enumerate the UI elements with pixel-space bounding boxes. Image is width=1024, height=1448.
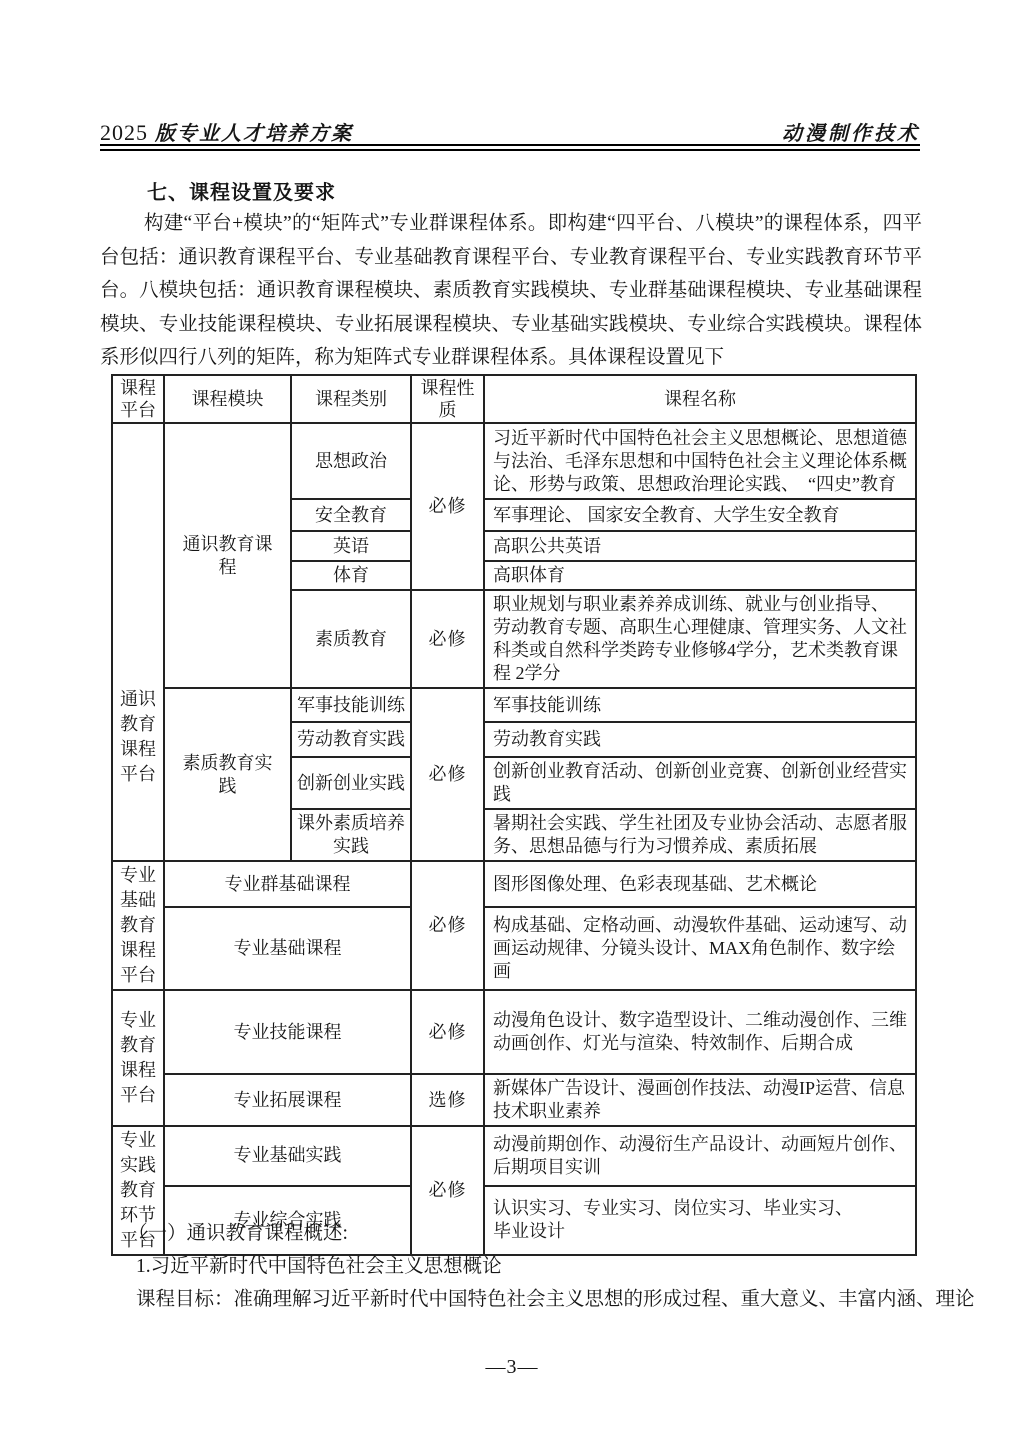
running-header: 2025 版专业人才培养方案 动漫制作技术 <box>100 117 920 146</box>
header-course-name: 课程名称 <box>484 375 916 423</box>
nature-cell: 必修 <box>411 688 484 861</box>
note-line-overview: （一）通识教育课程概述: <box>128 1217 348 1245</box>
nature-cell: 必修 <box>411 990 484 1074</box>
courses-cell: 动漫角色设计、数字造型设计、二维动漫创作、三维动画创作、灯光与渲染、特效制作、后… <box>484 990 916 1074</box>
document-page: 2025 版专业人才培养方案 动漫制作技术 七、课程设置及要求 构建“平台+模块… <box>0 0 1024 1448</box>
courses-cell: 军事理论、 国家安全教育、大学生安全教育 <box>484 499 916 531</box>
module-wide-cell: 专业拓展课程 <box>164 1074 411 1126</box>
category-cell: 素质教育 <box>291 590 411 688</box>
module-wide-cell: 专业基础实践 <box>164 1126 411 1186</box>
module-wide-cell: 专业技能课程 <box>164 990 411 1074</box>
note-line-course-1: 1.习近平新时代中国特色社会主义思想概论 <box>136 1250 502 1278</box>
courses-cell: 动漫前期创作、动漫衍生产品设计、动画短片创作、后期项目实训 <box>484 1126 916 1186</box>
category-cell: 创新创业实践 <box>291 757 411 809</box>
category-cell: 英语 <box>291 531 411 561</box>
table-row: 专业基础教育课程平台 专业群基础课程 必修 图形图像处理、色彩表现基础、艺术概论 <box>112 861 916 907</box>
courses-cell: 图形图像处理、色彩表现基础、艺术概论 <box>484 861 916 907</box>
table-header-row: 课程平台 课程模块 课程类别 课程性质 课程名称 <box>112 375 916 423</box>
courses-table: 课程平台 课程模块 课程类别 课程性质 课程名称 通识教育课程平台 通识教育课程… <box>111 374 917 1256</box>
nature-cell: 必修 <box>411 590 484 688</box>
courses-cell: 军事技能训练 <box>484 688 916 722</box>
intro-paragraph: 构建“平台+模块”的“矩阵式”专业群课程体系。即构建“四平台、八模块”的课程体系… <box>100 207 922 375</box>
category-cell: 劳动教育实践 <box>291 722 411 757</box>
header-category: 课程类别 <box>291 375 411 423</box>
header-double-rule <box>100 144 920 151</box>
nature-cell: 必修 <box>411 1126 484 1255</box>
table-row: 专业基础课程 构成基础、定格动画、动漫软件基础、运动速写、动画运动规律、分镜头设… <box>112 907 916 990</box>
nature-cell: 必修 <box>411 423 484 590</box>
platform-cell: 专业基础教育课程平台 <box>112 861 164 990</box>
nature-cell: 必修 <box>411 861 484 990</box>
module-wide-cell: 专业群基础课程 <box>164 861 411 907</box>
header-module: 课程模块 <box>164 375 291 423</box>
courses-cell: 构成基础、定格动画、动漫软件基础、运动速写、动画运动规律、分镜头设计、MAX角色… <box>484 907 916 990</box>
category-cell: 思想政治 <box>291 423 411 499</box>
header-left-text: 版专业人才培养方案 <box>155 123 353 145</box>
course-table-wrapper: 课程平台 课程模块 课程类别 课程性质 课程名称 通识教育课程平台 通识教育课程… <box>111 374 917 1256</box>
page-number: —3— <box>0 1356 1024 1379</box>
category-cell: 体育 <box>291 561 411 590</box>
nature-cell: 选修 <box>411 1074 484 1126</box>
header-right-title: 动漫制作技术 <box>782 117 920 146</box>
courses-cell: 创新创业教育活动、创新创业竞赛、创新创业经营实践 <box>484 757 916 809</box>
table-row: 素质教育实践 军事技能训练 必修 军事技能训练 <box>112 688 916 722</box>
table-row: 专业教育课程平台 专业技能课程 必修 动漫角色设计、数字造型设计、二维动漫创作、… <box>112 990 916 1074</box>
module-wide-cell: 专业基础课程 <box>164 907 411 990</box>
header-platform: 课程平台 <box>112 375 164 423</box>
category-cell: 安全教育 <box>291 499 411 531</box>
category-cell: 军事技能训练 <box>291 688 411 722</box>
courses-cell: 高职公共英语 <box>484 531 916 561</box>
courses-cell: 职业规划与职业素养养成训练、就业与创业指导、 劳动教育专题、高职生心理健康、管理… <box>484 590 916 688</box>
platform-cell: 专业教育课程平台 <box>112 990 164 1126</box>
courses-cell: 高职体育 <box>484 561 916 590</box>
courses-cell: 习近平新时代中国特色社会主义思想概论、思想道德与法治、毛泽东思想和中国特色社会主… <box>484 423 916 499</box>
module-cell: 通识教育课程 <box>164 423 291 688</box>
platform-cell: 通识教育课程平台 <box>112 423 164 861</box>
courses-cell: 暑期社会实践、学生社团及专业协会活动、志愿者服务、思想品德与行为习惯养成、素质拓… <box>484 809 916 861</box>
header-year: 2025 <box>100 120 148 145</box>
header-nature: 课程性质 <box>411 375 484 423</box>
module-cell: 素质教育实践 <box>164 688 291 861</box>
courses-cell: 新媒体广告设计、漫画创作技法、动漫IP运营、信息技术职业素养 <box>484 1074 916 1126</box>
note-line-course-goal: 课程目标：准确理解习近平新时代中国特色社会主义思想的形成过程、重大意义、丰富内涵… <box>136 1283 975 1311</box>
courses-cell: 劳动教育实践 <box>484 722 916 757</box>
courses-cell: 认识实习、专业实习、岗位实习、毕业实习、 毕业设计 <box>484 1186 916 1255</box>
table-row: 专业拓展课程 选修 新媒体广告设计、漫画创作技法、动漫IP运营、信息技术职业素养 <box>112 1074 916 1126</box>
table-row: 通识教育课程平台 通识教育课程 思想政治 必修 习近平新时代中国特色社会主义思想… <box>112 423 916 499</box>
section-title: 七、课程设置及要求 <box>147 176 336 205</box>
table-row: 专业实践教育环节平台 专业基础实践 必修 动漫前期创作、动漫衍生产品设计、动画短… <box>112 1126 916 1186</box>
category-cell: 课外素质培养实践 <box>291 809 411 861</box>
header-left-title: 2025 版专业人才培养方案 <box>100 117 353 146</box>
